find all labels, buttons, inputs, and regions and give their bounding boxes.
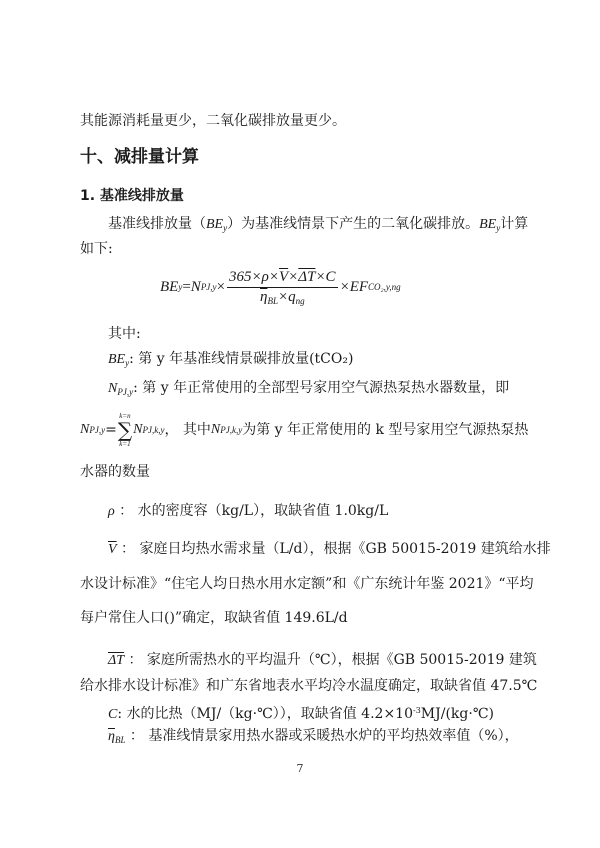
sum-lower: k=1: [119, 440, 130, 448]
var: ρ: [108, 504, 115, 519]
def-v-line2: 水设计标准》“住宅人均日热水用水定额”和《广东统计年鉴 2021》“平均: [80, 575, 534, 593]
exp: -3: [413, 706, 421, 715]
text: : 第 y 年基准线情景碳排放量(tCO₂): [129, 351, 353, 367]
formula-eq: =: [182, 279, 190, 296]
num-dt: ΔT: [298, 269, 315, 285]
text: : 水的比热（MJ/（kg·℃）），取缺省值 4.2×10: [117, 706, 413, 722]
def-c: C: 水的比热（MJ/（kg·℃）），取缺省值 4.2×10-3MJ/(kg·℃…: [108, 702, 494, 724]
num-tail: ×C: [315, 269, 335, 285]
def-npj: NPJ,y: 第 y 年正常使用的全部型号家用空气源热泵热水器数量，即: [108, 379, 509, 401]
text: MJ/(kg·℃): [421, 706, 494, 722]
var: BE: [108, 352, 125, 367]
def-bey: BEy: 第 y 年基准线情景碳排放量(tCO₂): [108, 350, 353, 372]
summation: k=n ∑ k=1: [118, 412, 132, 448]
formula-denominator: ηBL×qng: [260, 288, 305, 306]
var: η: [108, 729, 115, 744]
var-sub: BL: [115, 735, 126, 745]
formula-lhs: BE: [160, 279, 178, 296]
text: ： 水的密度容（kg/L），取缺省值 1.0kg/L: [115, 503, 389, 519]
paragraph-1-line2: 如下:: [80, 240, 113, 258]
def-v-line3: 每户常住人口()”确定，取缺省值 149.6L/d: [80, 609, 348, 627]
paragraph-1: 基准线排放量（BEy）为基准线情景下产生的二氧化碳排放。BEy计算: [108, 215, 528, 237]
text: 为第 y 年正常使用的 k 型号家用空气源热泵热: [242, 421, 528, 439]
subsection-heading: 1. 基准线排放量: [80, 187, 184, 205]
num-v: V: [279, 269, 288, 285]
text: 计算: [500, 216, 528, 232]
var: N: [108, 381, 117, 396]
def-npj-line3: 水器的数量: [80, 463, 150, 481]
var-sub: PJ,k,y: [220, 421, 242, 439]
var-sub: PJ,k,y: [142, 421, 164, 439]
formula-ef: ×EF: [340, 279, 368, 296]
num-times: ×: [288, 269, 298, 285]
formula-sub: PJ,y: [201, 282, 217, 292]
intro-line: 其能源消耗量更少，二氧化碳排放量更少。: [80, 112, 346, 130]
eq: =: [105, 421, 117, 439]
page-number: 7: [0, 762, 600, 775]
var: ΔT: [108, 653, 124, 668]
text: ： 基准线情景家用热水器或采暖热水炉的平均热效率值（%），: [125, 728, 518, 744]
var: N: [80, 421, 89, 439]
def-dt-line2: 给水排水设计标准》和广东省地表水平均冷水温度确定，取缺省值 47.5℃: [80, 677, 537, 695]
text: ： 家庭日均热水需求量（L/d），根据《GB 50015-2019 建筑给水排: [117, 541, 551, 557]
num-text: 365×ρ×: [229, 269, 279, 285]
den-sub: ng: [296, 296, 305, 306]
section-heading: 十、减排量计算: [80, 148, 199, 166]
def-npj-sum: NPJ,y = k=n ∑ k=1 NPJ,k,y， 其中 NPJ,k,y 为第…: [80, 412, 528, 448]
formula-fraction: 365×ρ×V×ΔT×C ηBL×qng: [227, 269, 338, 306]
text: ， 其中: [164, 421, 210, 439]
sigma-icon: ∑: [118, 420, 132, 440]
def-dt: ΔT ： 家庭所需热水的平均温升（℃），根据《GB 50015-2019 建筑: [108, 651, 537, 670]
var-be: BE: [479, 217, 496, 232]
text: : 第 y 年正常使用的全部型号家用空气源热泵热水器数量，即: [133, 380, 509, 396]
den-times: ×q: [278, 289, 296, 305]
var: C: [108, 707, 117, 722]
text: ）为基准线情景下产生的二氧化碳排放。: [227, 216, 479, 232]
var: N: [211, 421, 220, 439]
text: 基准线排放量（: [108, 216, 206, 232]
text: ： 家庭所需热水的平均温升（℃），根据《GB 50015-2019 建筑: [124, 652, 537, 668]
document-page: 其能源消耗量更少，二氧化碳排放量更少。 十、减排量计算 1. 基准线排放量 基准…: [0, 0, 600, 848]
formula-sub: CO₂,y,ng: [368, 282, 401, 292]
var: V: [108, 542, 117, 557]
def-v: V ： 家庭日均热水需求量（L/d），根据《GB 50015-2019 建筑给水…: [108, 540, 551, 559]
den-sub: BL: [267, 296, 278, 306]
formula-times: ×: [217, 279, 225, 296]
def-rho: ρ ： 水的密度容（kg/L），取缺省值 1.0kg/L: [108, 502, 388, 521]
var-be: BE: [206, 217, 223, 232]
baseline-emission-formula: BEy = NPJ,y × 365×ρ×V×ΔT×C ηBL×qng ×EFCO…: [160, 262, 401, 312]
formula-numerator: 365×ρ×V×ΔT×C: [227, 269, 338, 288]
def-eta: ηBL ： 基准线情景家用热水器或采暖热水炉的平均热效率值（%），: [108, 727, 519, 749]
formula-n: N: [191, 279, 201, 296]
where-label: 其中:: [108, 325, 141, 343]
var-sub: PJ,y: [89, 421, 105, 439]
var-sub: PJ,y: [117, 387, 133, 397]
